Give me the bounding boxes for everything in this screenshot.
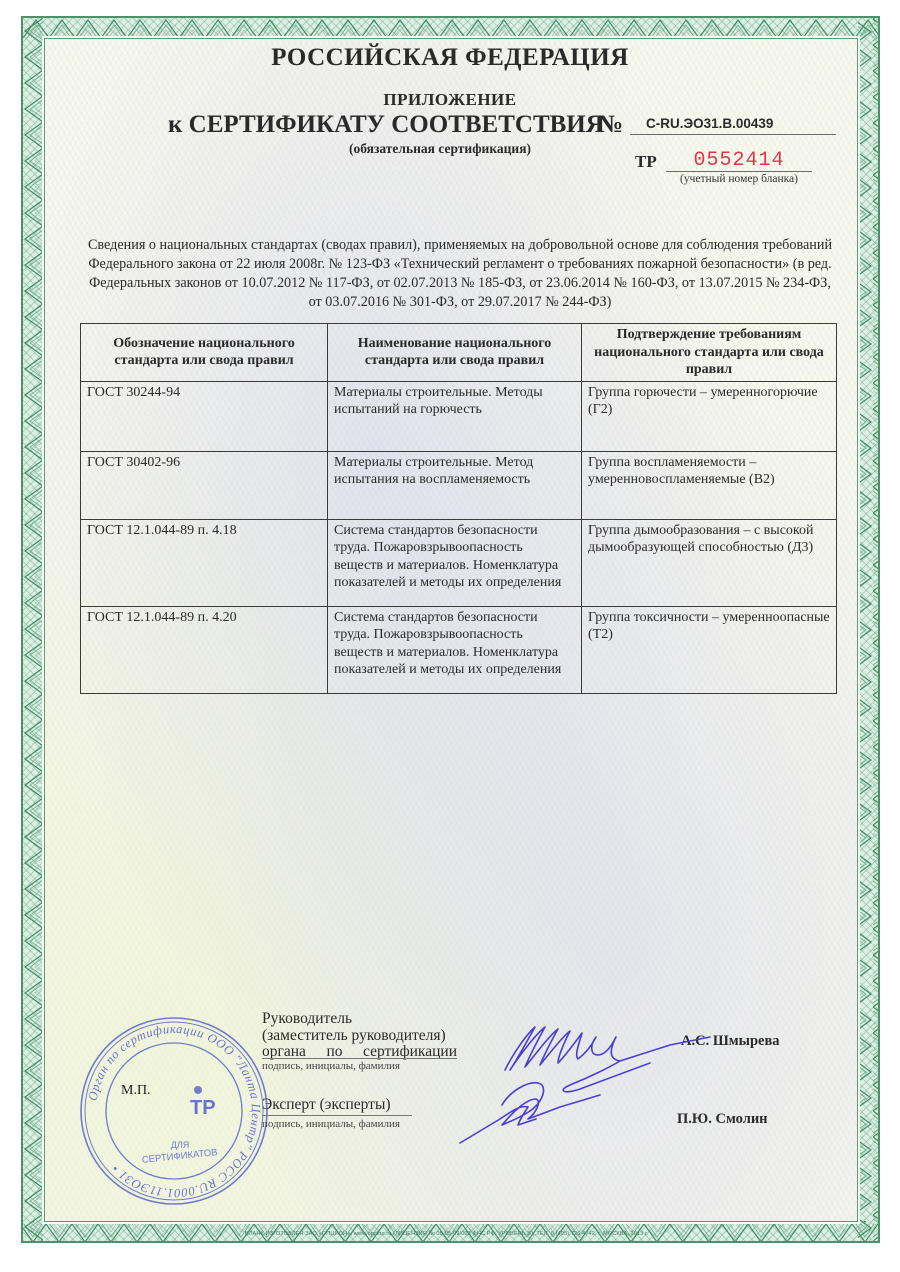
head-signatory-role: Руководитель (заместитель руководителя) … (262, 1011, 457, 1061)
table-row: ГОСТ 12.1.044-89 п. 4.20 Система стандар… (81, 606, 837, 693)
column-header-confirmation: Подтверждение требованиям национального … (582, 324, 837, 382)
blank-series-label: ТР (635, 152, 657, 172)
blank-printer-imprint: БЛАНК ИЗГОТОВЛЕН ЗАО «ОПЦИОН», www.opcio… (245, 1231, 875, 1237)
role-line-2: (заместитель руководителя) (262, 1028, 457, 1045)
stamp-logo-text: ТР (190, 1097, 216, 1119)
cell-name: Система стандартов безопасности труда. П… (328, 519, 582, 606)
cell-confirmation: Группа воспламеняемости – умеренновоспла… (582, 451, 837, 519)
expert-signature-line (262, 1115, 412, 1116)
cell-designation: ГОСТ 30402-96 (81, 451, 328, 519)
cell-name: Материалы строительные. Методы испытаний… (328, 381, 582, 451)
head-signature-caption: подпись, инициалы, фамилия (262, 1060, 400, 1072)
expert-role: Эксперт (эксперты) (262, 1096, 391, 1114)
certificate-number: C-RU.ЭО31.В.00439 (630, 116, 836, 135)
standards-table: Обозначение национального стандарта или … (80, 323, 837, 694)
head-signature-line (262, 1058, 457, 1059)
expert-signature-caption: подпись, инициалы, фамилия (262, 1118, 400, 1130)
table-row: ГОСТ 30244-94 Материалы строительные. Ме… (81, 381, 837, 451)
certification-body-stamp: Орган по сертификации ООО "Ланта Центр" … (78, 1015, 270, 1207)
appendix-heading: ПРИЛОЖЕНИЕ (0, 90, 900, 110)
cell-confirmation: Группа токсичности – умеренноопасные (Т2… (582, 606, 837, 693)
blank-number: 0552414 (666, 149, 812, 172)
cell-designation: ГОСТ 12.1.044-89 п. 4.18 (81, 519, 328, 606)
seal-place-mark: М.П. (121, 1083, 151, 1099)
blank-number-caption: (учетный номер бланка) (666, 173, 812, 185)
stamp-ring-text: Орган по сертификации ООО "Ланта Центр" … (86, 1022, 263, 1200)
country-heading: РОССИЙСКАЯ ФЕДЕРАЦИЯ (0, 44, 900, 72)
cell-name: Система стандартов безопасности труда. П… (328, 606, 582, 693)
cell-designation: ГОСТ 30244-94 (81, 381, 328, 451)
handwritten-signatures (440, 1015, 730, 1150)
table-row: ГОСТ 30402-96 Материалы строительные. Ме… (81, 451, 837, 519)
number-sign: № (598, 111, 623, 139)
certificate-title: к СЕРТИФИКАТУ СООТВЕТСТВИЯ (168, 111, 604, 139)
cell-confirmation: Группа дымообразования – с высокой дымоо… (582, 519, 837, 606)
column-header-designation: Обозначение национального стандарта или … (81, 324, 328, 382)
intro-paragraph: Сведения о национальных стандартах (свод… (84, 236, 836, 312)
stamp-c-logo-icon (148, 1061, 190, 1143)
svg-text:Орган по сертификации ООО "Лан: Орган по сертификации ООО "Ланта Центр" … (86, 1022, 263, 1200)
mandatory-certification-note: (обязательная сертификация) (290, 141, 590, 157)
column-header-name: Наименование национального стандарта или… (328, 324, 582, 382)
table-header-row: Обозначение национального стандарта или … (81, 324, 837, 382)
table-row: ГОСТ 12.1.044-89 п. 4.18 Система стандар… (81, 519, 837, 606)
stamp-center-line1: ДЛЯ (171, 1140, 190, 1150)
cell-confirmation: Группа горючести – умеренногорючие (Г2) (582, 381, 837, 451)
cell-designation: ГОСТ 12.1.044-89 п. 4.20 (81, 606, 328, 693)
role-line-1: Руководитель (262, 1011, 457, 1028)
cell-name: Материалы строительные. Метод испытания … (328, 451, 582, 519)
